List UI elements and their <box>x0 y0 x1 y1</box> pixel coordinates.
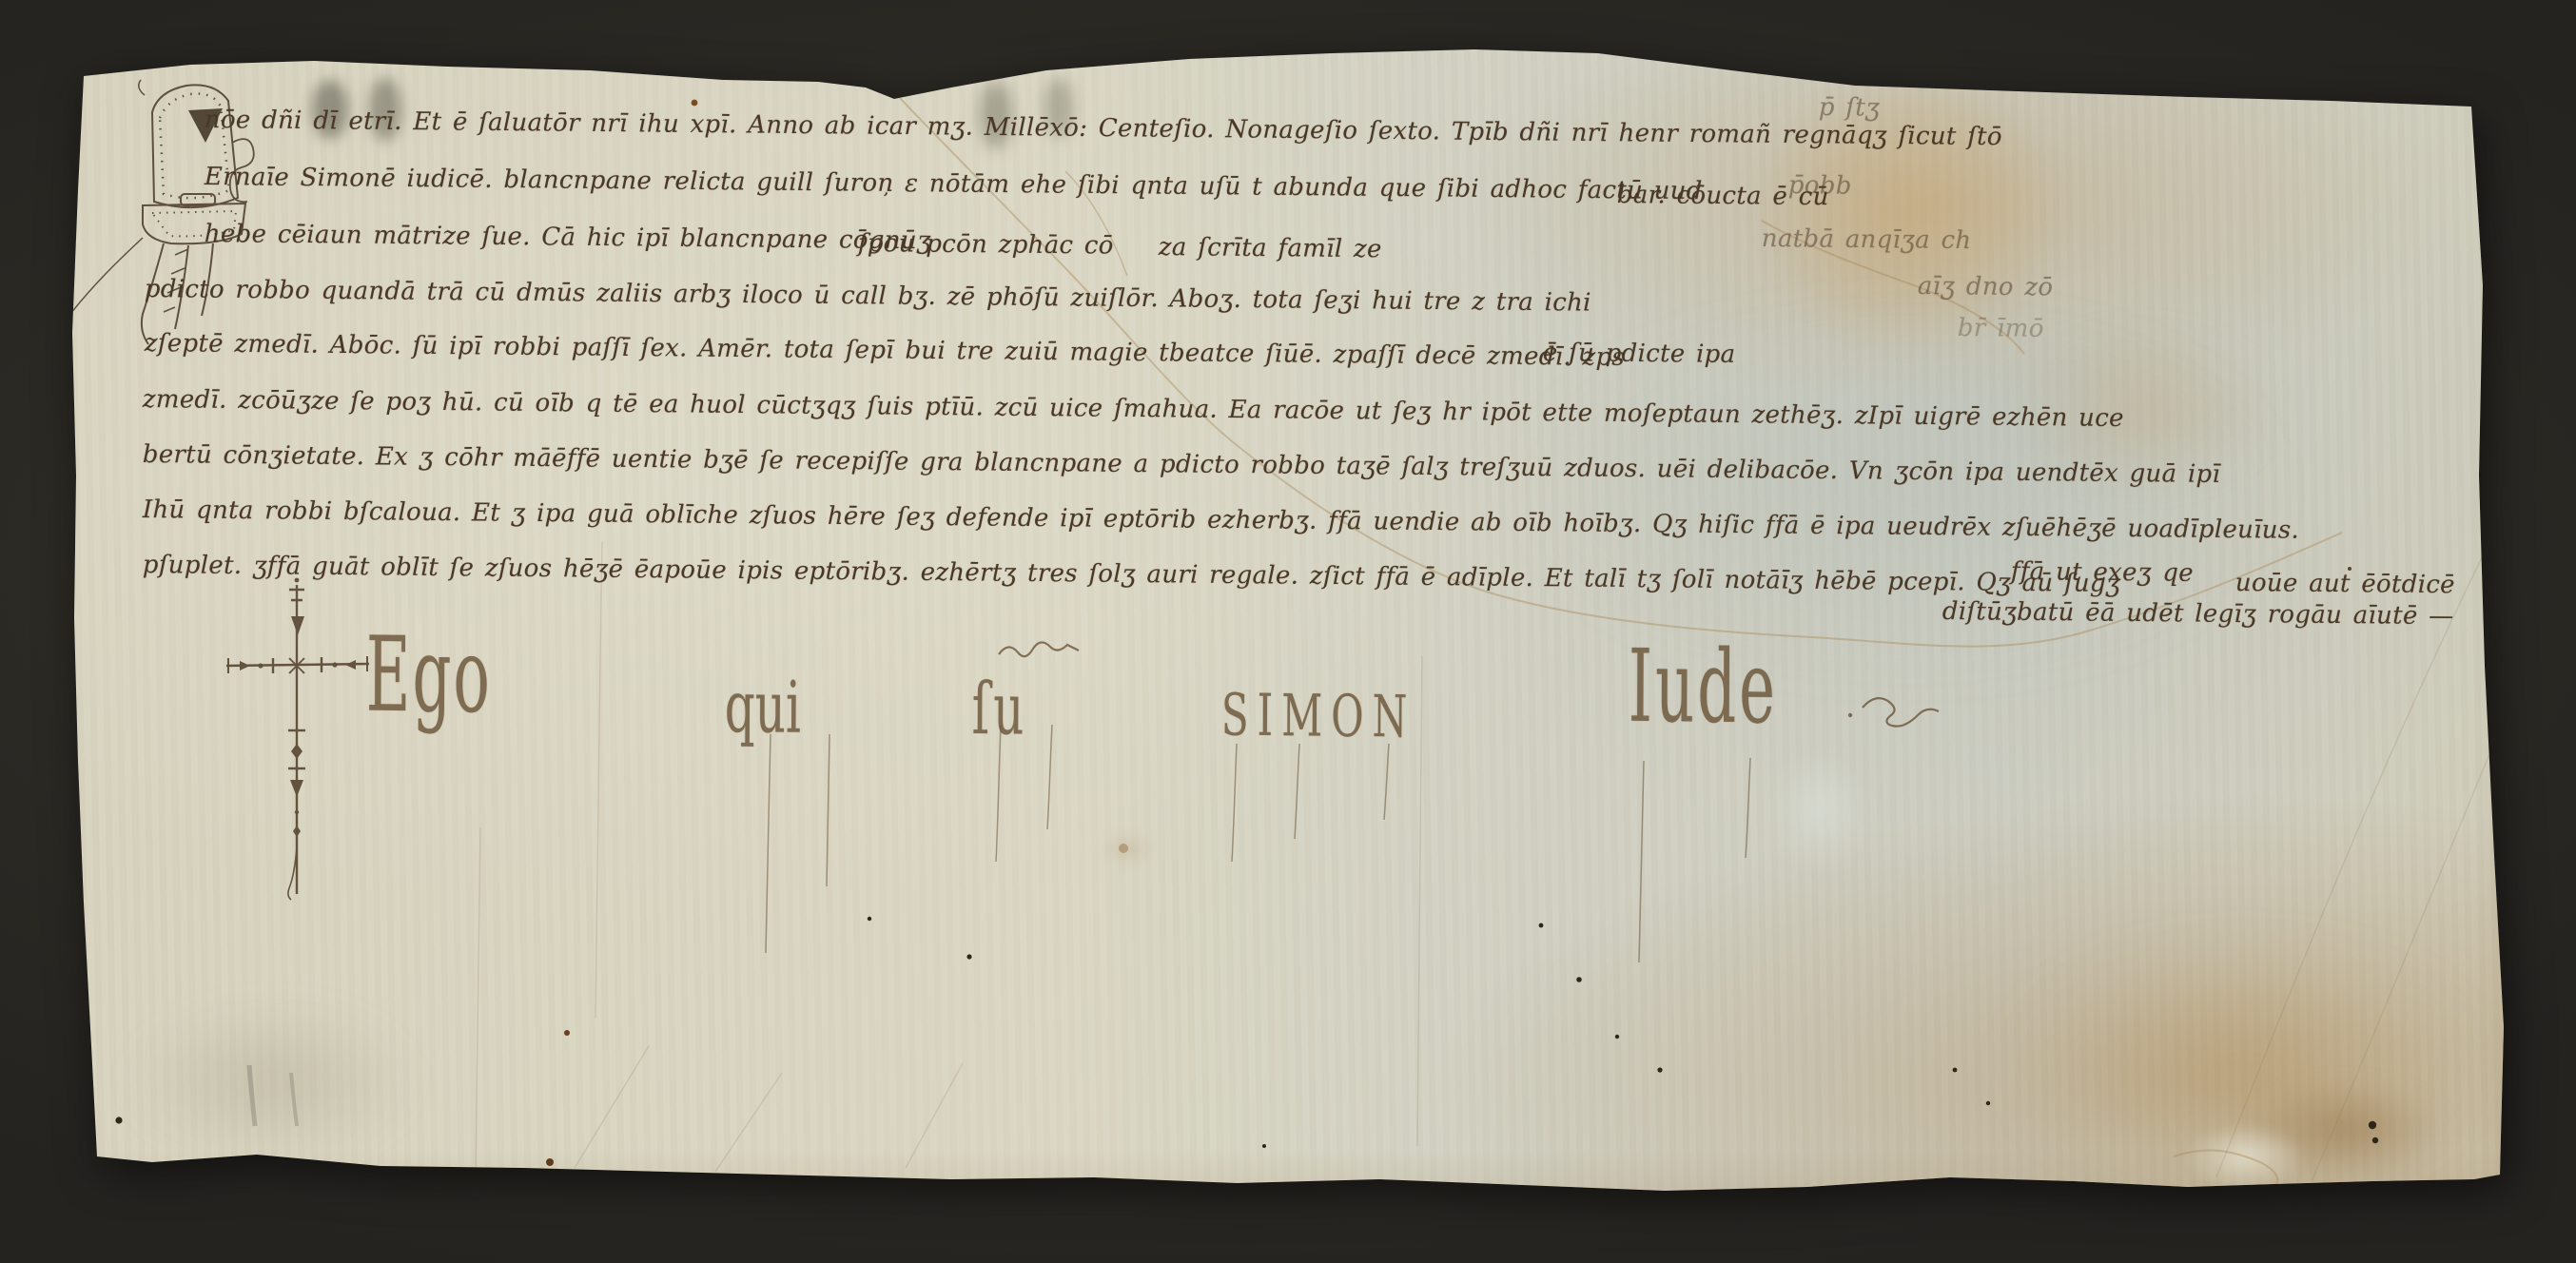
creases <box>249 495 2527 1181</box>
signature-word-ego: Ego <box>365 616 492 737</box>
signature-word-jude: Iude <box>1628 630 1778 748</box>
body-line-1-frag: p̄ ſtʒ <box>1819 95 1880 121</box>
signature-word-simon: SIMON <box>1221 681 1416 750</box>
cross-signum <box>226 578 369 900</box>
stain-boundary-lines <box>899 97 2342 1185</box>
pale-patch-right-of-jude <box>1755 730 1883 887</box>
body-line-4: pdicto robbo quandā trā cū dmūs zaliis a… <box>145 277 1591 316</box>
pale-patch-bottom-corner <box>2174 1117 2316 1198</box>
signature-word-qui: qui <box>725 666 802 749</box>
stain-top-right-tan <box>1750 71 2064 357</box>
ink-specks <box>115 100 2378 1166</box>
body-line-8: Ihū qnta robbi bſcaloua. Et ʒ ipa guā ob… <box>143 497 2299 543</box>
water-wash-center <box>1408 266 2397 713</box>
smear-center-low <box>1094 827 1161 871</box>
smudge-top-left-1 <box>312 80 348 139</box>
body-line-5-seg-b: ē ſū pdicte ipa <box>1543 340 1736 367</box>
pen-flourish <box>999 642 1939 726</box>
body-line-2-frag-a: bar. cōucta ē cū <box>1617 183 1829 209</box>
hairline-descenders <box>766 725 1750 962</box>
signature-word-su: ſu <box>972 668 1028 751</box>
body-line-1: nōe dñi dī etrī. Et ē ſaluatōr nrī ihu x… <box>205 107 2002 149</box>
body-line-2-frag-b: p̄obb <box>1788 173 1852 199</box>
body-line-8-frag-b: uoūe aut ēōtdicē <box>2235 571 2455 597</box>
body-line-3-seg-b: ſpou pcōn zphāc cō <box>858 231 1114 259</box>
smudge-top-left-2 <box>369 78 401 141</box>
ink-marks-layer <box>0 0 2576 1263</box>
body-line-5: zſeptē zmedī. Abōc. ſū ipī robbi paſſī ſ… <box>145 331 1625 370</box>
body-line-6: zmedī. zcōūʒze ſe poʒ hū. cū oīb q tē ea… <box>143 387 2124 431</box>
body-line-3-seg-c: za ſcrīta famīl ze <box>1159 235 1382 262</box>
stain-bottom-right-dark <box>2207 1065 2483 1198</box>
body-line-3: hebe cēiaun mātrize ſue. Cā hic ipī blan… <box>205 222 931 253</box>
body-line-4-frag: aīʒ dno zō <box>1918 274 2054 300</box>
stain-bottom-left-gray <box>81 980 461 1184</box>
parchment-surface: nōe dñi dī etrī. Et ē ſaluatōr nrī ihu x… <box>0 0 2576 1263</box>
body-line-9: pſuplet. ʒffā guāt oblīt ſe zſuos hēʒē ē… <box>143 553 2120 596</box>
stain-top-right-rim <box>1941 285 2340 533</box>
smudge-top-middle-1 <box>980 82 1012 148</box>
decorated-initial <box>70 80 254 344</box>
body-line-2: Ernaīe Simonē iudicē. blancnpane relicta… <box>205 165 1703 204</box>
body-line-5-frag: br̄ īmō <box>1958 316 2044 341</box>
body-line-8-frag-a: ffā ut exeʒ qe <box>2011 559 2194 586</box>
body-line-3-frag: natbā anqīʒa ch <box>1762 226 1972 253</box>
parchment-sheet: nōe dñi dī etrī. Et ē ſaluatōr nrī ihu x… <box>0 0 2576 1263</box>
stain-bottom-right-warm <box>1931 904 2559 1227</box>
body-line-7: bertū cōnʒietate. Ex ʒ cōhr māēffē uenti… <box>143 442 2220 487</box>
smudge-top-middle-2 <box>1044 78 1073 137</box>
body-line-9-frag: diſtūʒbatū ēā udēt legīʒ rogāu aīutē — <box>1942 599 2454 629</box>
photograph-of-charter: nōe dñi dī etrī. Et ē ſaluatōr nrī ihu x… <box>0 0 2576 1263</box>
